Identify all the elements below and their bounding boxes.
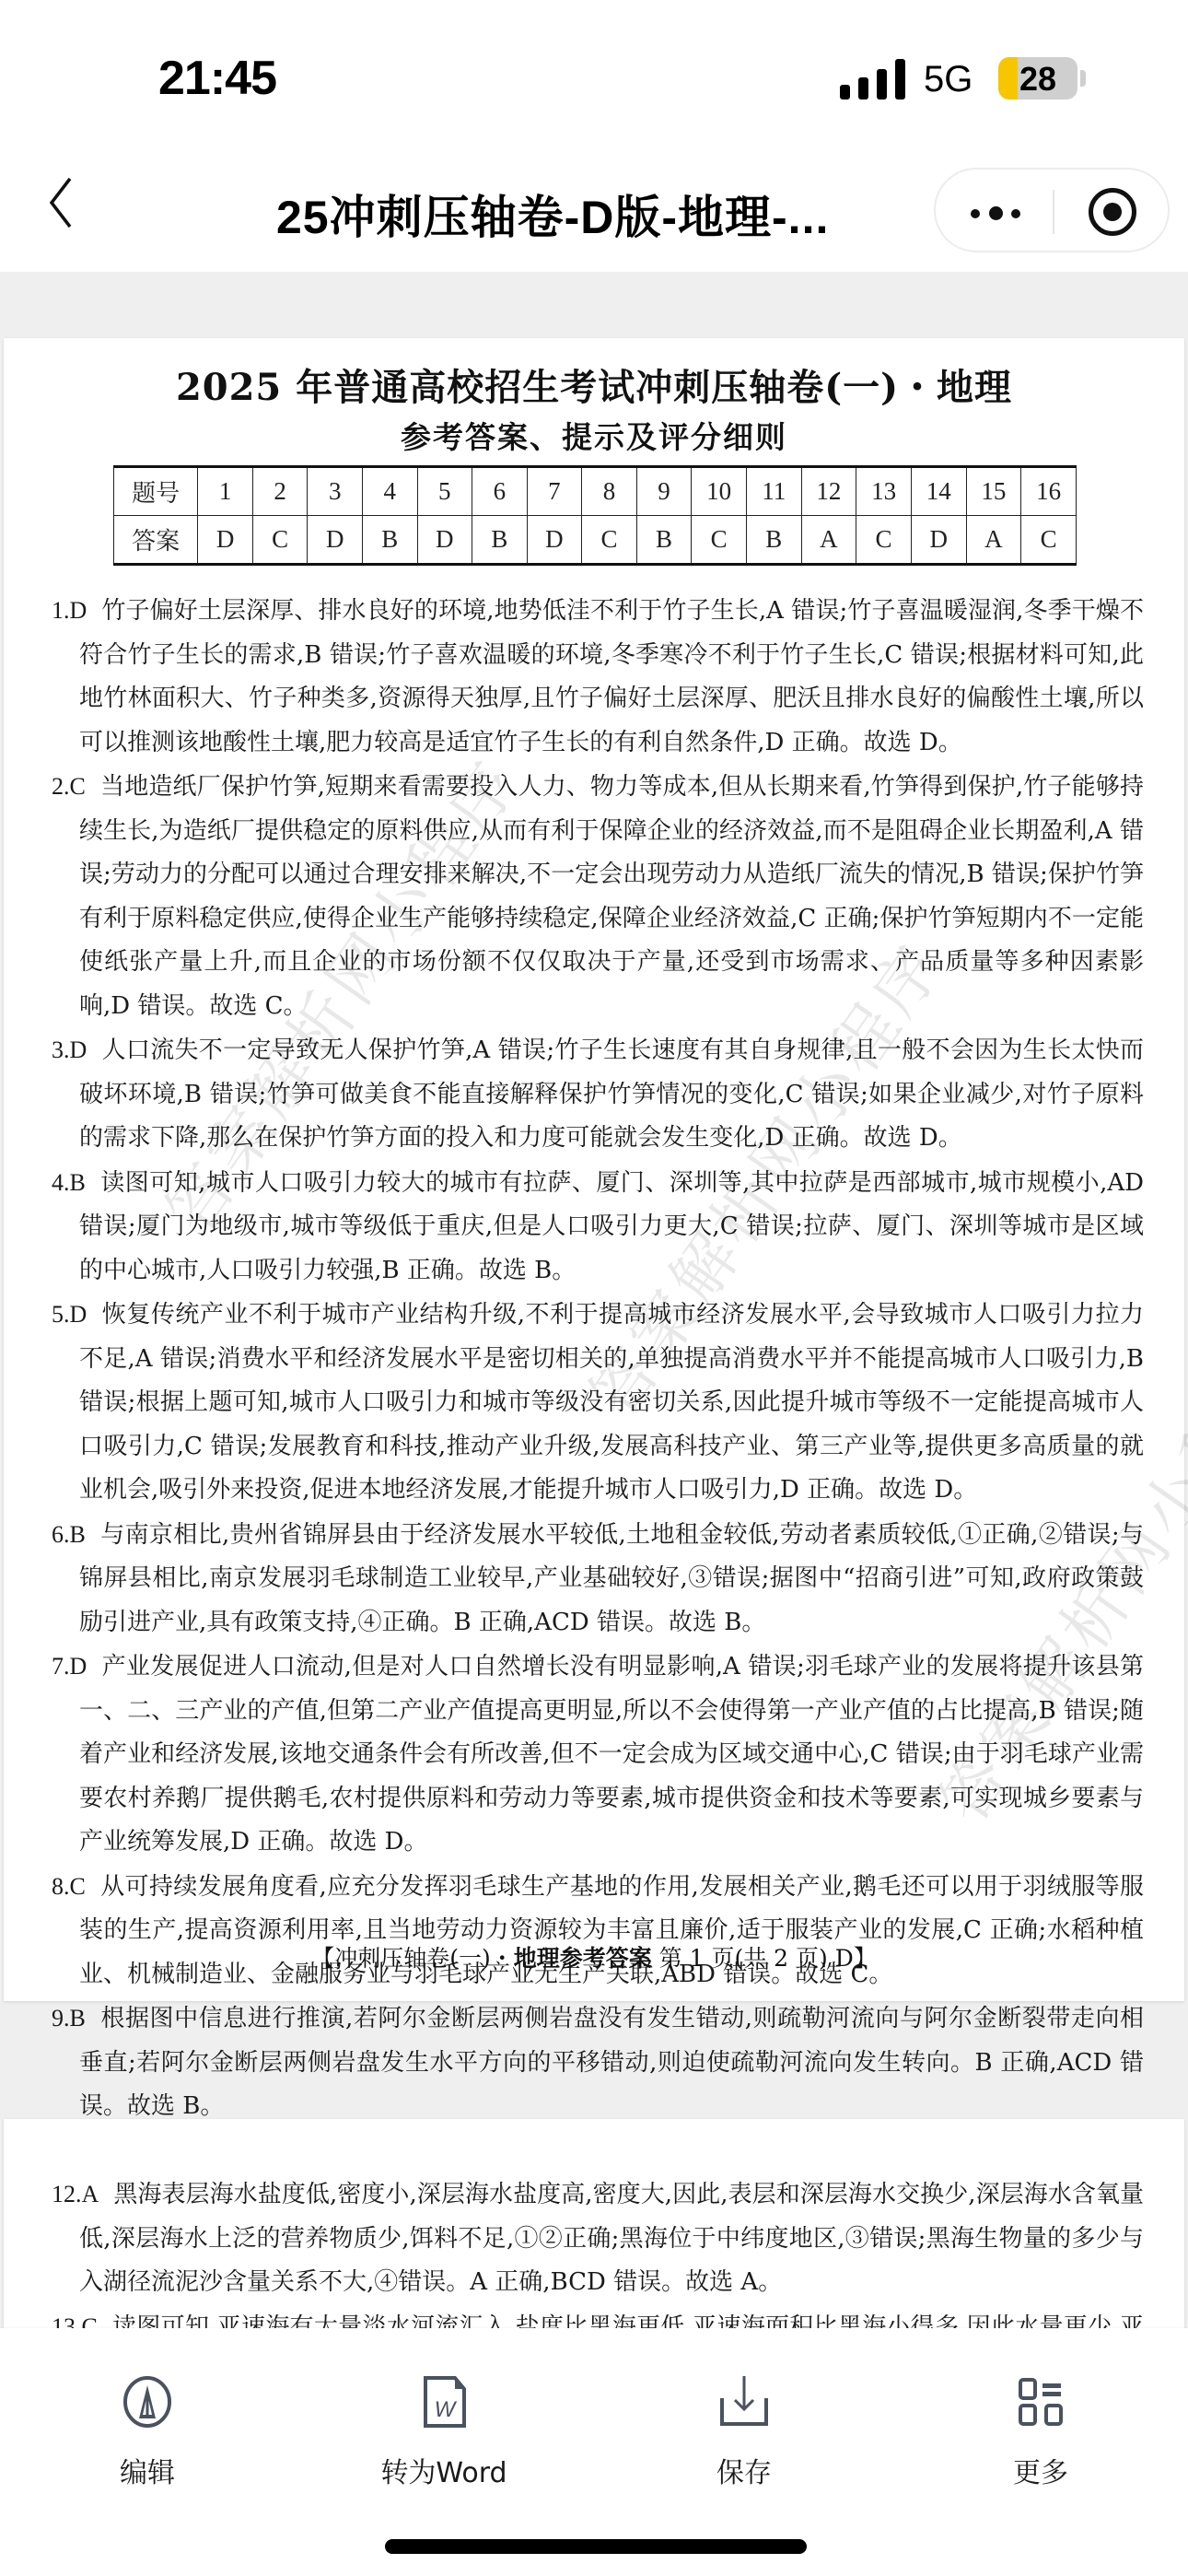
table-cell: D — [911, 516, 966, 565]
table-cell: C — [1021, 516, 1077, 565]
table-cell: C — [582, 516, 637, 565]
convert-to-word-button[interactable]: W 转为Word — [352, 2350, 536, 2507]
document-page-1: 2025 年普通高校招生考试冲刺压轴卷(一)・地理 参考答案、提示及评分细则 题… — [4, 338, 1184, 2001]
answer-number: 8.C — [52, 1873, 86, 1900]
table-cell: 9 — [636, 467, 692, 516]
table-row-label: 题号 — [114, 467, 198, 516]
table-cell: B — [746, 516, 801, 565]
table-cell: 2 — [252, 467, 308, 516]
answer-item: 5.D恢复传统产业不利于城市产业结构升级,不利于提高城市经济发展水平,会导致城市… — [52, 1293, 1144, 1513]
battery-level: 28 — [998, 60, 1077, 99]
download-icon — [718, 2376, 770, 2428]
network-type: 5G — [924, 59, 973, 100]
answer-text: 根据图中信息进行推演,若阿尔金断层两侧岩盘没有发生错动,则疏勒河流向与阿尔金断裂… — [79, 2005, 1144, 2120]
table-cell: 12 — [801, 467, 856, 516]
answer-item: 6.B与南京相比,贵州省锦屏县由于经济发展水平较低,土地租金较低,劳动者素质较低… — [52, 1513, 1144, 1645]
answer-item: 3.D人口流失不一定导致无人保护竹笋,A 错误;竹子生长速度有其自身规律,且一般… — [52, 1028, 1144, 1161]
grid-more-icon — [1015, 2376, 1066, 2428]
table-cell: C — [252, 516, 308, 565]
answer-key-table: 题号 1 2 3 4 5 6 7 8 9 10 11 12 13 14 15 1… — [113, 465, 1077, 566]
answer-explanations: 1.D竹子偏好土层深厚、排水良好的环境,地势低洼不利于竹子生长,A 错误;竹子喜… — [52, 589, 1144, 2336]
table-cell: 6 — [472, 467, 528, 516]
nav-bar: 25冲刺压轴卷-D版-地理-... — [0, 147, 1188, 272]
svg-text:W: W — [435, 2397, 458, 2422]
edit-label: 编辑 — [55, 2450, 239, 2490]
answer-item: 8.C从可持续发展角度看,应充分发挥羽毛球生产基地的作用,发展相关产业,鹅毛还可… — [52, 1865, 1144, 1997]
battery-cap — [1080, 70, 1086, 87]
capsule-divider — [1053, 190, 1054, 234]
answer-item: 2.C当地造纸厂保护竹笋,短期来看需要投入人力、物力等成本,但从长期来看,竹笋得… — [52, 765, 1144, 1028]
edit-button[interactable]: 编辑 — [55, 2350, 239, 2507]
table-cell: 16 — [1021, 467, 1077, 516]
answer-number: 7.D — [52, 1653, 87, 1680]
answer-text: 人口流失不一定导致无人保护竹笋,A 错误;竹子生长速度有其自身规律,且一般不会因… — [79, 1036, 1144, 1152]
table-cell: 15 — [966, 467, 1021, 516]
status-bar: 21:45 5G 28 — [0, 0, 1188, 147]
answer-item: 12.A黑海表层海水盐度低,密度小,深层海水盐度高,密度大,因此,表层和深层海水… — [52, 2172, 1144, 2305]
footer-title: 地理参考答案 — [514, 1945, 652, 1972]
table-cell: 8 — [582, 467, 637, 516]
chevron-left-icon[interactable] — [42, 175, 79, 230]
answer-text: 读图可知,城市人口吸引力较大的城市有拉萨、厦门、深圳等,其中拉萨是西部城市,城市… — [79, 1169, 1144, 1284]
table-cell: D — [527, 516, 582, 565]
table-row-answers: 答案 D C D B D B D C B C B A C D A C — [114, 516, 1077, 565]
answer-number: 12.A — [52, 2181, 99, 2207]
document-title: 2025 年普通高校招生考试冲刺压轴卷(一)・地理 — [4, 358, 1184, 411]
table-cell: B — [472, 516, 528, 565]
more-label: 更多 — [949, 2450, 1133, 2490]
status-time: 21:45 — [158, 51, 276, 106]
more-button[interactable]: 更多 — [949, 2350, 1133, 2507]
answer-text: 竹子偏好土层深厚、排水良好的环境,地势低洼不利于竹子生长,A 错误;竹子喜温暖湿… — [79, 597, 1144, 756]
table-cell: 11 — [746, 467, 801, 516]
footer-prefix: 【冲刺压轴卷(一)・ — [311, 1945, 514, 1972]
answer-item: 9.B根据图中信息进行推演,若阿尔金断层两侧岩盘没有发生错动,则疏勒河流向与阿尔… — [52, 1996, 1144, 2129]
document-subtitle: 参考答案、提示及评分细则 — [4, 414, 1184, 457]
target-circle-icon[interactable] — [1089, 188, 1136, 236]
answer-text: 恢复传统产业不利于城市产业结构升级,不利于提高城市经济发展水平,会导致城市人口吸… — [79, 1301, 1144, 1504]
mini-program-capsule — [934, 168, 1170, 252]
table-cell: C — [692, 516, 747, 565]
table-cell: D — [308, 516, 363, 565]
answer-number: 3.D — [52, 1036, 87, 1063]
table-cell: 4 — [362, 467, 417, 516]
word-doc-icon: W — [418, 2376, 470, 2428]
page-footer: 【冲刺压轴卷(一)・地理参考答案 第 1 页(共 2 页) D】 — [4, 1940, 1184, 1973]
table-cell: 5 — [417, 467, 472, 516]
document-page-2: 12.A黑海表层海水盐度低,密度小,深层海水盐度高,密度大,因此,表层和深层海水… — [4, 2119, 1184, 2336]
table-cell: 14 — [911, 467, 966, 516]
answer-number: 2.C — [52, 773, 86, 800]
answer-number: 6.B — [52, 1521, 86, 1548]
table-cell: A — [801, 516, 856, 565]
more-dots-icon[interactable] — [971, 206, 1022, 219]
table-row-numbers: 题号 1 2 3 4 5 6 7 8 9 10 11 12 13 14 15 1… — [114, 467, 1077, 516]
table-cell: 3 — [308, 467, 363, 516]
answer-number: 4.B — [52, 1169, 86, 1196]
table-cell: 7 — [527, 467, 582, 516]
answer-text: 黑海表层海水盐度低,密度小,深层海水盐度高,密度大,因此,表层和深层海水交换少,… — [79, 2181, 1144, 2296]
save-label: 保存 — [652, 2450, 836, 2490]
edit-pen-icon — [122, 2376, 173, 2428]
battery-icon: 28 — [998, 57, 1077, 100]
table-cell: D — [417, 516, 472, 565]
answer-number: 5.D — [52, 1301, 87, 1328]
document-viewer[interactable]: 2025 年普通高校招生考试冲刺压轴卷(一)・地理 参考答案、提示及评分细则 题… — [0, 272, 1188, 2336]
table-cell: C — [856, 516, 912, 565]
answer-number: 9.B — [52, 2005, 86, 2032]
table-cell: B — [636, 516, 692, 565]
table-row-label: 答案 — [114, 516, 198, 565]
table-cell: B — [362, 516, 417, 565]
answer-text: 当地造纸厂保护竹笋,短期来看需要投入人力、物力等成本,但从长期来看,竹笋得到保护… — [79, 773, 1144, 1020]
cellular-signal-icon — [840, 59, 906, 100]
answer-text: 与南京相比,贵州省锦屏县由于经济发展水平较低,土地租金较低,劳动者素质较低,①正… — [79, 1521, 1144, 1636]
answer-number: 1.D — [52, 597, 87, 624]
answer-explanations: 12.A黑海表层海水盐度低,密度小,深层海水盐度高,密度大,因此,表层和深层海水… — [52, 2172, 1144, 2336]
table-cell: 13 — [856, 467, 912, 516]
save-button[interactable]: 保存 — [652, 2350, 836, 2507]
footer-page-info: 第 1 页(共 2 页) D】 — [652, 1945, 877, 1972]
answer-item: 4.B读图可知,城市人口吸引力较大的城市有拉萨、厦门、深圳等,其中拉萨是西部城市… — [52, 1161, 1144, 1294]
page-title: 25冲刺压轴卷-D版-地理-... — [276, 181, 921, 247]
answer-item: 1.D竹子偏好土层深厚、排水良好的环境,地势低洼不利于竹子生长,A 错误;竹子喜… — [52, 589, 1144, 765]
table-cell: D — [198, 516, 253, 565]
table-cell: 1 — [198, 467, 253, 516]
convert-to-word-label: 转为Word — [352, 2450, 536, 2490]
home-indicator[interactable] — [385, 2539, 807, 2554]
answer-text: 产业发展促进人口流动,但是对人口自然增长没有明显影响,A 错误;羽毛球产业的发展… — [79, 1653, 1144, 1856]
answer-item: 7.D产业发展促进人口流动,但是对人口自然增长没有明显影响,A 错误;羽毛球产业… — [52, 1645, 1144, 1865]
table-cell: 10 — [692, 467, 747, 516]
table-cell: A — [966, 516, 1021, 565]
